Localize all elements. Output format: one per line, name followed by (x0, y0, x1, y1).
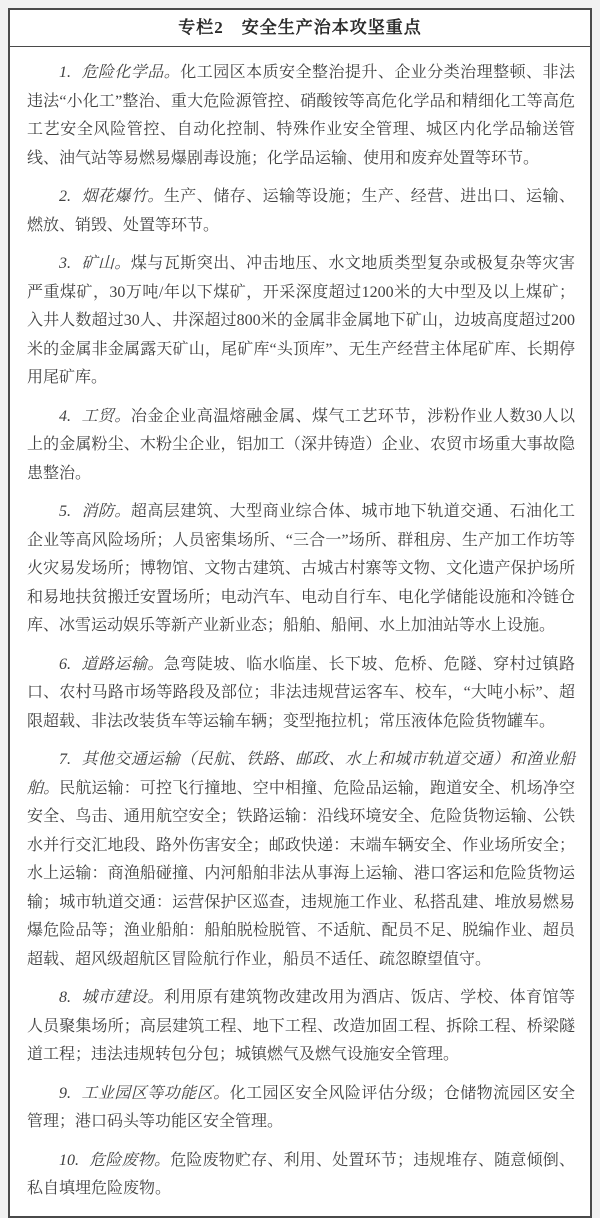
numbered-paragraph: 2. 烟花爆竹。生产、储存、运输等设施；生产、经营、进出口、运输、燃放、销毁、处… (27, 183, 575, 240)
paragraph-lead: 1. 危险化学品。 (59, 64, 180, 81)
paragraph-lead: 10. 危险废物。 (59, 1152, 170, 1169)
paragraph-number: 2. (59, 188, 75, 205)
numbered-paragraph: 8. 城市建设。利用原有建筑物改建改用为酒店、饭店、学校、体育馆等人员聚集场所；… (27, 984, 575, 1070)
paragraph-number: 5. (59, 503, 75, 520)
numbered-paragraph: 1. 危险化学品。化工园区本质安全整治提升、企业分类治理整顿、非法违法“小化工”… (27, 59, 575, 173)
paragraph-topic: 危险化学品。 (81, 64, 180, 81)
paragraph-topic: 工业园区等功能区。 (81, 1085, 229, 1102)
paragraph-number: 9. (59, 1085, 75, 1102)
paragraph-lead: 6. 道路运输。 (59, 656, 164, 673)
paragraph-lead: 8. 城市建设。 (59, 989, 164, 1006)
paragraph-number: 1. (59, 64, 75, 81)
paragraph-number: 8. (59, 989, 75, 1006)
paragraph-text: 民航运输：可控飞行撞地、空中相撞、危险品运输，跑道安全、机场净空安全、鸟击、通用… (27, 780, 575, 968)
paragraph-number: 4. (59, 408, 75, 425)
paragraph-lead: 4. 工贸。 (59, 408, 131, 425)
numbered-paragraph: 10. 危险废物。危险废物贮存、利用、处置环节；违规堆存、随意倾倒、私自填埋危险… (27, 1147, 575, 1204)
paragraph-number: 7. (59, 751, 75, 768)
paragraph-topic: 消防。 (81, 503, 130, 520)
paragraph-topic: 道路运输。 (81, 656, 163, 673)
paragraph-text: 超高层建筑、大型商业综合体、城市地下轨道交通、石油化工企业等高风险场所；人员密集… (27, 503, 575, 634)
paragraph-topic: 工贸。 (81, 408, 130, 425)
paragraph-number: 10. (59, 1152, 83, 1169)
numbered-paragraph: 7. 其他交通运输（民航、铁路、邮政、水上和城市轨道交通）和渔业船舶。民航运输：… (27, 746, 575, 974)
numbered-paragraph: 5. 消防。超高层建筑、大型商业综合体、城市地下轨道交通、石油化工企业等高风险场… (27, 498, 575, 641)
numbered-paragraph: 9. 工业园区等功能区。化工园区安全风险评估分级；仓储物流园区安全管理；港口码头… (27, 1080, 575, 1137)
numbered-paragraph: 4. 工贸。冶金企业高温熔融金属、煤气工艺环节，涉粉作业人数30人以上的金属粉尘… (27, 403, 575, 489)
paragraph-topic: 城市建设。 (81, 989, 163, 1006)
panel-body: 1. 危险化学品。化工园区本质安全整治提升、企业分类治理整顿、非法违法“小化工”… (10, 47, 590, 1216)
paragraph-topic: 矿山。 (81, 255, 130, 272)
document-page: 专栏2 安全生产治本攻坚重点 1. 危险化学品。化工园区本质安全整治提升、企业分… (0, 0, 600, 1000)
paragraph-lead: 5. 消防。 (59, 503, 131, 520)
numbered-paragraph: 6. 道路运输。急弯陡坡、临水临崖、长下坡、危桥、危隧、穿村过镇路口、农村马路市… (27, 651, 575, 737)
paragraph-lead: 9. 工业园区等功能区。 (59, 1085, 230, 1102)
paragraph-lead: 2. 烟花爆竹。 (59, 188, 164, 205)
numbered-paragraph: 3. 矿山。煤与瓦斯突出、冲击地压、水文地质类型复杂或极复杂等灾害严重煤矿，30… (27, 250, 575, 393)
paragraph-text: 煤与瓦斯突出、冲击地压、水文地质类型复杂或极复杂等灾害严重煤矿，30万吨/年以下… (27, 255, 575, 386)
paragraph-lead: 3. 矿山。 (59, 255, 131, 272)
paragraph-number: 3. (59, 255, 75, 272)
paragraph-topic: 危险废物。 (89, 1152, 170, 1169)
column-panel: 专栏2 安全生产治本攻坚重点 1. 危险化学品。化工园区本质安全整治提升、企业分… (8, 8, 592, 1218)
paragraph-topic: 烟花爆竹。 (81, 188, 163, 205)
paragraph-number: 6. (59, 656, 75, 673)
panel-title: 专栏2 安全生产治本攻坚重点 (10, 10, 590, 47)
